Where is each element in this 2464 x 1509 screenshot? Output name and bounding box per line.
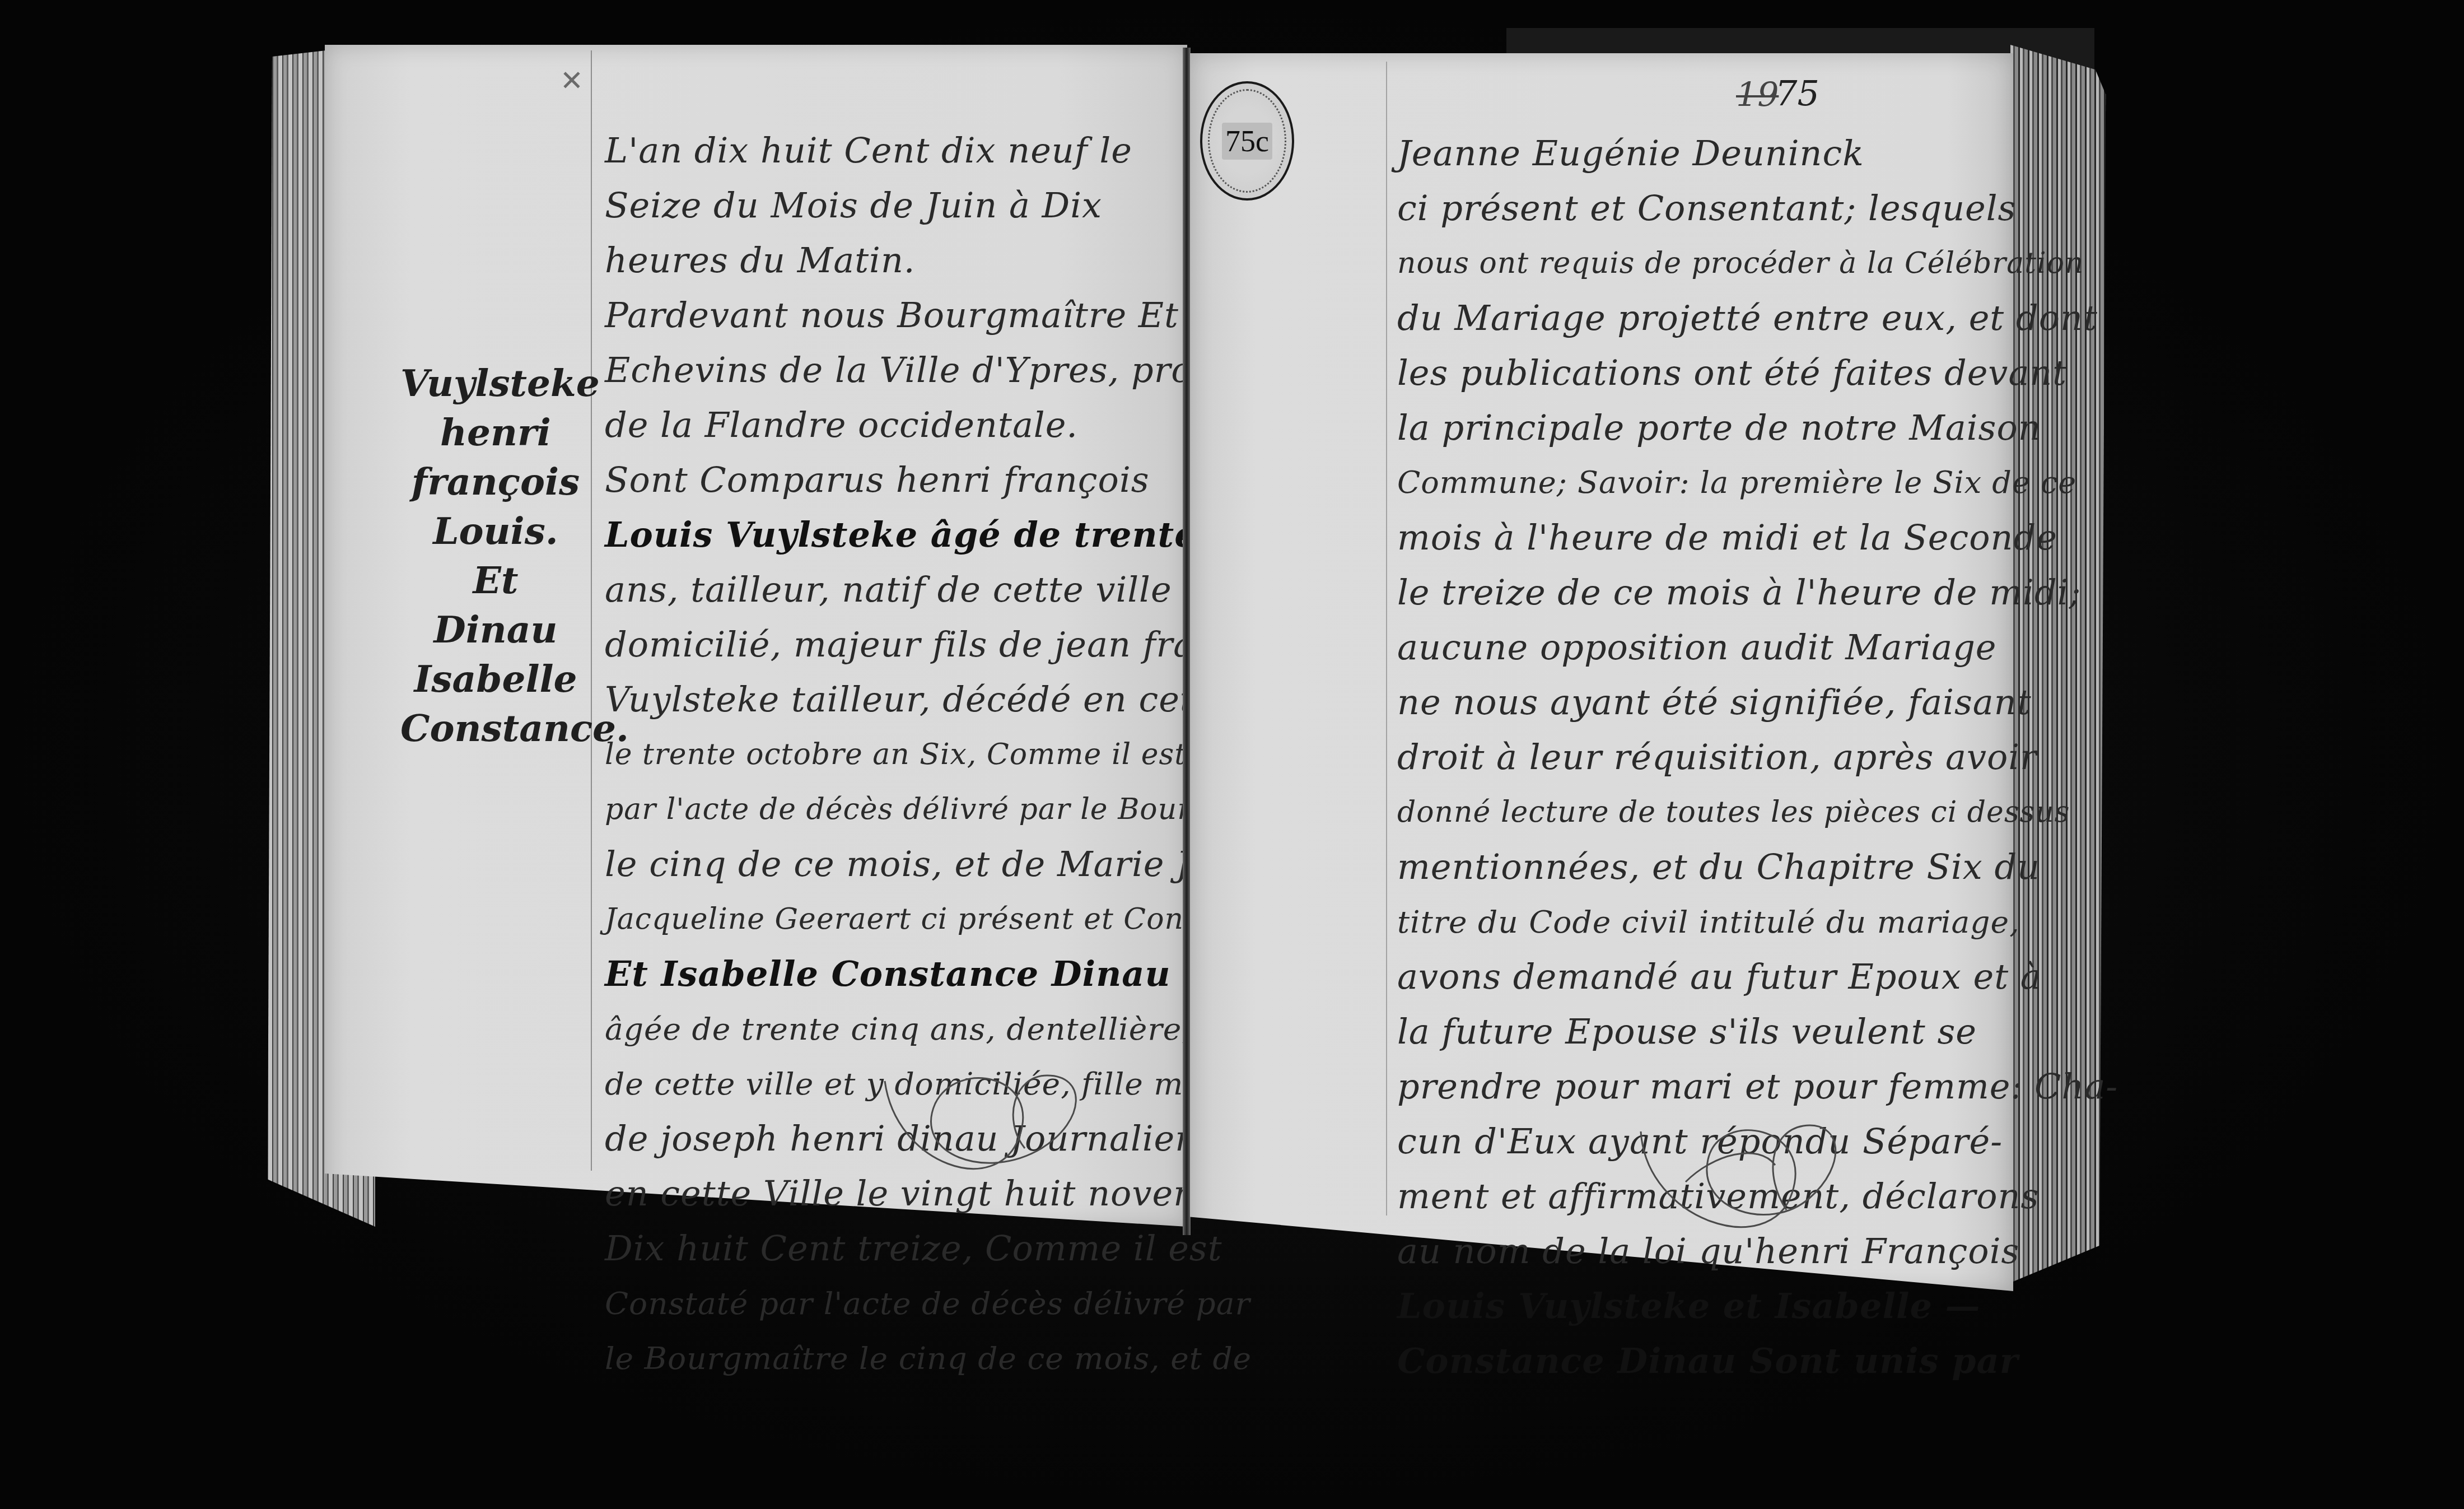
text-line: Sont Comparus henri françois <box>605 453 1182 507</box>
margin-name: Vuylsteke <box>400 358 591 408</box>
text-line: avons demandé au futur Epoux et à <box>1397 949 2002 1004</box>
text-line: la principale porte de notre Maison <box>1397 400 2002 455</box>
text-line: ne nous ayant été signifiée, faisant <box>1397 675 2002 730</box>
text-line: Constance Dinau Sont unis par <box>1397 1334 2002 1389</box>
book-gutter <box>1183 48 1191 1235</box>
text-line: nous ont requis de procéder à la Célébra… <box>1397 236 2002 291</box>
text-line: Jacqueline Geeraert ci présent et Consen… <box>605 892 1182 947</box>
margin-name: Dinau <box>400 605 591 654</box>
text-line: par l'acte de décès délivré par le Bourg… <box>605 782 1182 837</box>
text-line: les publications ont été faites devant <box>1397 346 2002 400</box>
text-line: droit à leur réquisition, après avoir <box>1397 730 2002 785</box>
text-line: Constaté par l'acte de décès délivré par <box>605 1276 1182 1331</box>
text-line: Vuylsteke tailleur, décédé en cette vill… <box>605 672 1182 727</box>
struck-folio-number: 19 <box>1736 76 1779 115</box>
left-margin-rule <box>591 50 592 1171</box>
text-line: Pardevant nous Bourgmaître Et <box>605 288 1182 343</box>
margin-name: Et <box>400 556 591 605</box>
text-line: aucune opposition audit Mariage <box>1397 620 2002 675</box>
text-line: ans, tailleur, natif de cette ville et y <box>605 562 1182 617</box>
text-line: le trente octobre an Six, Comme il est C… <box>605 727 1182 782</box>
left-paraph-flourish <box>874 1053 1098 1204</box>
text-line: Louis Vuylsteke âgé de trente trois <box>605 507 1182 562</box>
text-line: la future Epouse s'ils veulent se <box>1397 1004 2002 1059</box>
text-line: de la Flandre occidentale. <box>605 398 1182 453</box>
text-line: Echevins de la Ville d'Ypres, province <box>605 343 1182 398</box>
text-line: titre du Code civil intitulé du mariage, <box>1397 895 2002 949</box>
text-line: le cinq de ce mois, et de Marie Jeanne <box>605 837 1182 892</box>
wreath-icon <box>1208 89 1286 193</box>
right-margin-rule <box>1386 62 1387 1215</box>
margin-name: henri <box>400 408 591 457</box>
text-line: mentionnées, et du Chapitre Six du <box>1397 840 2002 895</box>
text-line: mois à l'heure de midi et la Seconde <box>1397 510 2002 565</box>
text-line: domicilié, majeur fils de jean françois <box>605 617 1182 672</box>
text-line: ci présent et Consentant; lesquels <box>1397 181 2002 236</box>
tax-stamp: 75c <box>1200 81 1294 201</box>
text-line: âgée de trente cinq ans, dentellière, na… <box>605 1002 1182 1056</box>
text-line: Dix huit Cent treize, Comme il est <box>605 1221 1182 1276</box>
text-line: Et Isabelle Constance Dinau <box>605 947 1182 1002</box>
text-line: Commune; Savoir: la première le Six de c… <box>1397 455 2002 510</box>
folio-number: 75 <box>1775 73 1819 114</box>
text-line: donné lecture de toutes les pièces ci de… <box>1397 785 2002 840</box>
text-line: le treize de ce mois à l'heure de midi; <box>1397 565 2002 620</box>
text-line: le Bourgmaître le cinq de ce mois, et de <box>605 1331 1182 1386</box>
text-line: Jeanne Eugénie Deuninck <box>1397 126 2002 181</box>
margin-name: Isabelle <box>400 654 591 704</box>
margin-name: Constance. <box>400 704 591 753</box>
corner-mark: ✕ <box>560 64 584 97</box>
text-line: Seize du Mois de Juin à Dix <box>605 178 1182 233</box>
text-line: du Mariage projetté entre eux, et dont <box>1397 291 2002 346</box>
text-line: L'an dix huit Cent dix neuf le <box>605 123 1182 178</box>
right-paraph-flourish <box>1624 1098 1870 1266</box>
margin-name: Louis. <box>400 506 591 556</box>
margin-name: françois <box>400 457 591 506</box>
margin-names: Vuylsteke henri françois Louis. Et Dinau… <box>400 358 591 753</box>
text-line: heures du Matin. <box>605 233 1182 288</box>
text-line: Louis Vuylsteke et Isabelle — <box>1397 1279 2002 1334</box>
